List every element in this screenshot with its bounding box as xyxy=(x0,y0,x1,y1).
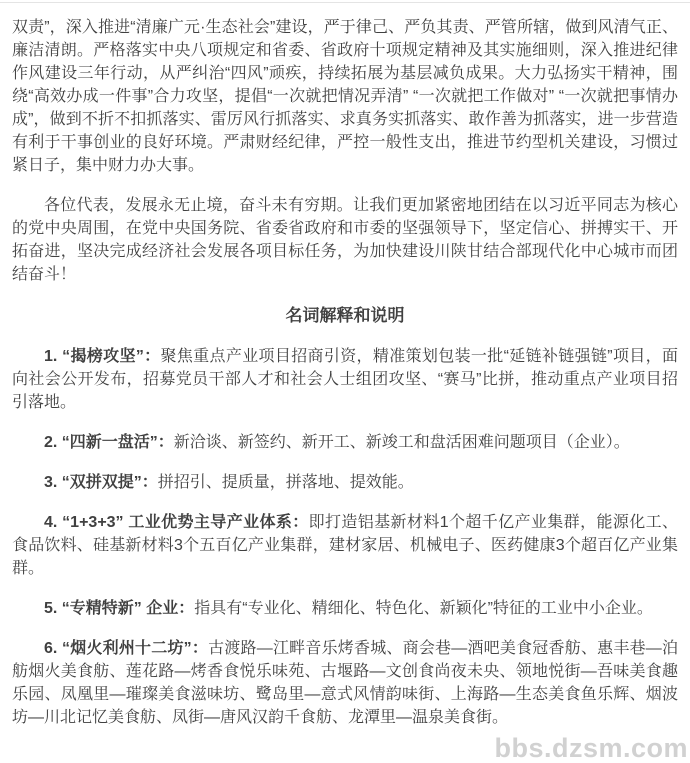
closing-paragraph-final: 各位代表，发展永无止境，奋斗未有穷期。让我们更加紧密地团结在以习近平同志为核心的… xyxy=(12,194,678,286)
glossary-item-1: 1. “揭榜攻坚”：聚焦重点产业项目招商引资，精准策划包装一批“延链补链强链”项… xyxy=(12,345,678,414)
glossary-definition-2: 新洽谈、新签约、新开工、新竣工和盘活困难问题项目（企业）。 xyxy=(174,434,630,451)
report-text-body: 双责”，深入推进“清廉广元·生态社会”建设，严于律己、严负其责、严管所辖，做到风… xyxy=(0,3,690,729)
glossary-item-2: 2. “四新一盘活”：新洽谈、新签约、新开工、新竣工和盘活困难问题项目（企业）。 xyxy=(12,431,678,454)
glossary-term-1: 1. “揭榜攻坚”： xyxy=(44,348,161,365)
glossary-definition-5: 指具有“专业化、精细化、特色化、新颖化”特征的工业中小企业。 xyxy=(194,600,653,617)
glossary-item-5: 5. “专精特新” 企业：指具有“专业化、精细化、特色化、新颖化”特征的工业中小… xyxy=(12,597,678,620)
document-page: { "colors": { "text": "#404040", "divide… xyxy=(0,0,690,763)
glossary-term-5: 5. “专精特新” 企业： xyxy=(44,600,194,617)
glossary-definition-3: 拼招引、提质量，拼落地、提效能。 xyxy=(158,474,414,491)
glossary-item-4: 4. “1+3+3” 工业优势主导产业体系：即打造铝基新材料1个超千亿产业集群，… xyxy=(12,511,678,580)
glossary-term-4: 4. “1+3+3” 工业优势主导产业体系： xyxy=(44,514,309,531)
glossary-item-3: 3. “双拼双提”：拼招引、提质量，拼落地、提效能。 xyxy=(12,471,678,494)
glossary-term-6: 6. “烟火利州十二坊”： xyxy=(44,640,208,657)
glossary-term-3: 3. “双拼双提”： xyxy=(44,474,158,491)
glossary-heading: 名词解释和说明 xyxy=(12,303,678,328)
closing-paragraph-continuation: 双责”，深入推进“清廉广元·生态社会”建设，严于律己、严负其责、严管所辖，做到风… xyxy=(12,16,678,177)
glossary-item-6: 6. “烟火利州十二坊”：古渡路—江畔音乐烤香城、商会巷—酒吧美食冠香舫、惠丰巷… xyxy=(12,637,678,729)
glossary-term-2: 2. “四新一盘活”： xyxy=(44,434,174,451)
site-watermark: bbs.dzsm.com xyxy=(494,733,688,763)
